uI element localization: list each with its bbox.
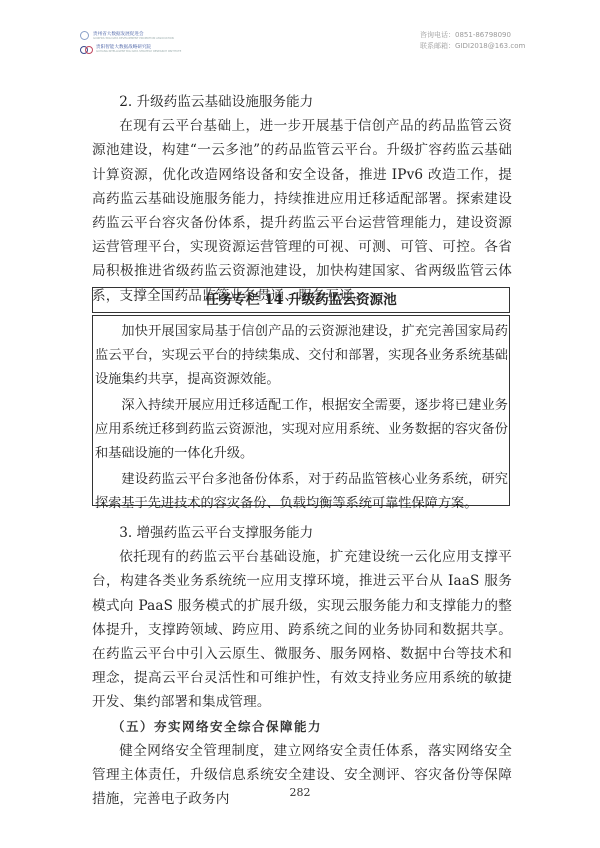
page-header: 贵州省大数据发展促进会 GUIZHOU BIG DATA DEVELOPMENT…	[0, 0, 600, 70]
contact-phone: 咨询电话：0851-86798090	[420, 30, 525, 41]
association-logo-icon	[80, 31, 89, 40]
organization-logo: 贵州省大数据发展促进会 GUIZHOU BIG DATA DEVELOPMENT…	[80, 30, 190, 54]
task-box-body: 加快开展国家局基于信创产品的云资源池建设，扩充完善国家局药监云平台，实现云平台的…	[92, 315, 510, 506]
task-box-title: 任务专栏 14 升级药监云资源池	[92, 287, 510, 313]
org1-english-name: GUIZHOU BIG DATA DEVELOPMENT PROMOTION A…	[93, 37, 174, 40]
section-2: 2. 升级药监云基础设施服务能力 在现有云平台基础上，进一步开展基于信创产品的药…	[92, 90, 512, 308]
section-5-paragraph: 健全网络安全管理制度，建立网络安全责任体系，落实网络安全管理主体责任，升级信息系…	[92, 739, 512, 812]
task-item-2: 深入持续开展应用迁移适配工作，根据安全需要，逐步将已建业务应用系统迁移到药监云资…	[95, 392, 508, 466]
section-2-heading: 2. 升级药监云基础设施服务能力	[92, 90, 512, 114]
task-item-1: 加快开展国家局基于信创产品的云资源池建设，扩充完善国家局药监云平台，实现云平台的…	[95, 318, 508, 392]
section-5-heading: （五）夯实网络安全综合保障能力	[92, 715, 512, 739]
org2-english-name: GUIYANG INTELLIGENT BIG DATA STRATEGY RE…	[96, 50, 181, 53]
page-number: 282	[0, 786, 600, 799]
institute-logo-icon	[80, 45, 92, 53]
task-item-3: 建设药监云平台多池备份体系，对于药品监管核心业务系统，研究探索基于先进技术的容灾…	[95, 466, 508, 516]
contact-email: 联系邮箱：GIDI2018@163.com	[420, 41, 525, 52]
section-3-heading: 3. 增强药监云平台支撑服务能力	[92, 521, 512, 545]
section-3-and-5: 3. 增强药监云平台支撑服务能力 依托现有的药监云平台基础设施，扩充建设统一云化…	[92, 521, 512, 811]
section-2-paragraph: 在现有云平台基础上，进一步开展基于信创产品的药品监管云资源池建设，构建“一云多池…	[92, 114, 512, 308]
contact-info: 咨询电话：0851-86798090 联系邮箱：GIDI2018@163.com	[420, 30, 525, 52]
section-3-paragraph: 依托现有的药监云平台基础设施，扩充建设统一云化应用支撑平台，构建各类业务系统统一…	[92, 545, 512, 714]
